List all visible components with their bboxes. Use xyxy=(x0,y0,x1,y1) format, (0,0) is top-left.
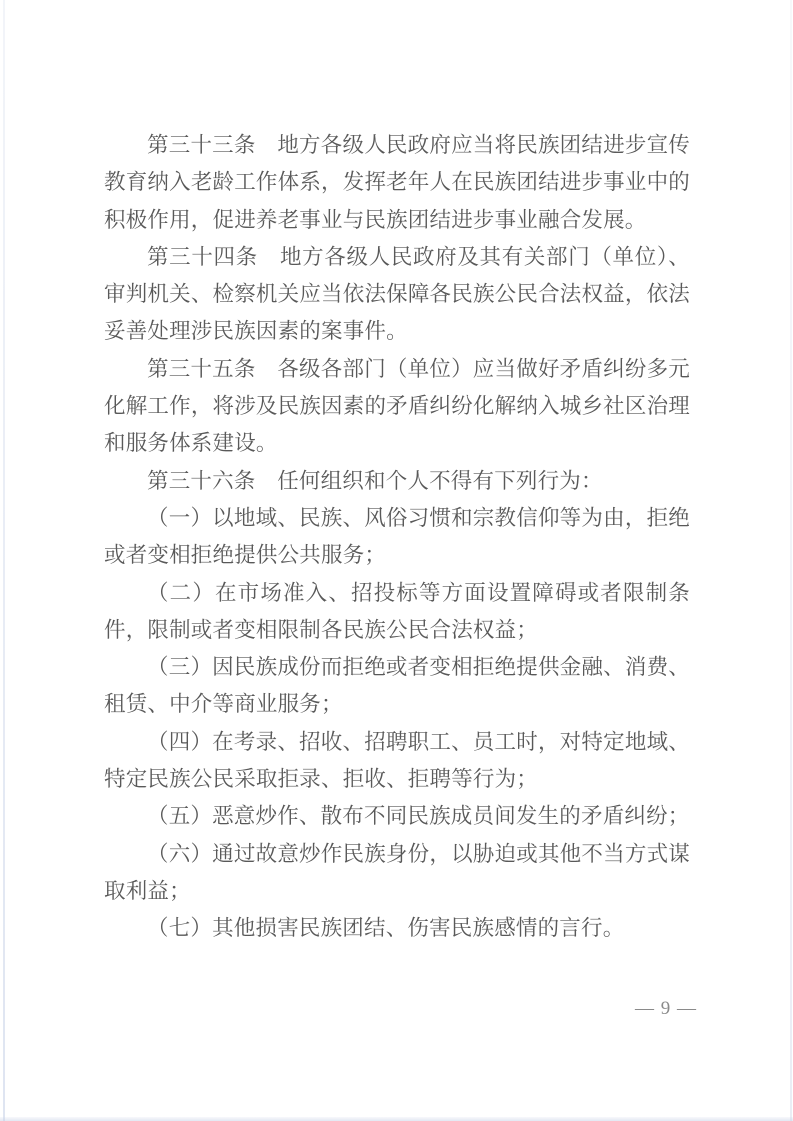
article-35-paragraph: 第三十五条 各级各部门（单位）应当做好矛盾纠纷多元化解工作，将涉及民族因素的矛盾… xyxy=(104,351,690,463)
article-36-item-4: （四）在考录、招收、招聘职工、员工时，对特定地域、特定民族公民采取拒录、拒收、拒… xyxy=(104,724,690,799)
article-33-paragraph: 第三十三条 地方各级人民政府应当将民族团结进步宣传教育纳入老龄工作体系，发挥老年… xyxy=(104,127,690,239)
scanned-document-page: { "document": { "language": "zh-CN", "pa… xyxy=(0,0,793,1121)
scan-edge-artifact-bottom xyxy=(0,1117,793,1121)
article-36-item-2: （二）在市场准入、招投标等方面设置障碍或者限制条件，限制或者变相限制各民族公民合… xyxy=(104,575,690,650)
article-text-block: 第三十三条 地方各级人民政府应当将民族团结进步宣传教育纳入老龄工作体系，发挥老年… xyxy=(104,127,690,948)
article-36-item-6: （六）通过故意炒作民族身份，以胁迫或其他不当方式谋取利益； xyxy=(104,836,690,911)
scan-edge-artifact-right xyxy=(790,0,792,1121)
page-number: — 9 — xyxy=(635,998,697,1020)
scan-edge-artifact-left xyxy=(3,0,5,1121)
article-36-lead-paragraph: 第三十六条 任何组织和个人不得有下列行为： xyxy=(104,463,690,500)
article-36-item-1: （一）以地域、民族、风俗习惯和宗教信仰等为由，拒绝或者变相拒绝提供公共服务； xyxy=(104,500,690,575)
article-34-paragraph: 第三十四条 地方各级人民政府及其有关部门（单位）、审判机关、检察机关应当依法保障… xyxy=(104,239,690,351)
article-36-item-5: （五）恶意炒作、散布不同民族成员间发生的矛盾纠纷； xyxy=(104,798,690,835)
article-36-item-7: （七）其他损害民族团结、伤害民族感情的言行。 xyxy=(104,910,690,947)
article-36-item-3: （三）因民族成份而拒绝或者变相拒绝提供金融、消费、租赁、中介等商业服务； xyxy=(104,649,690,724)
